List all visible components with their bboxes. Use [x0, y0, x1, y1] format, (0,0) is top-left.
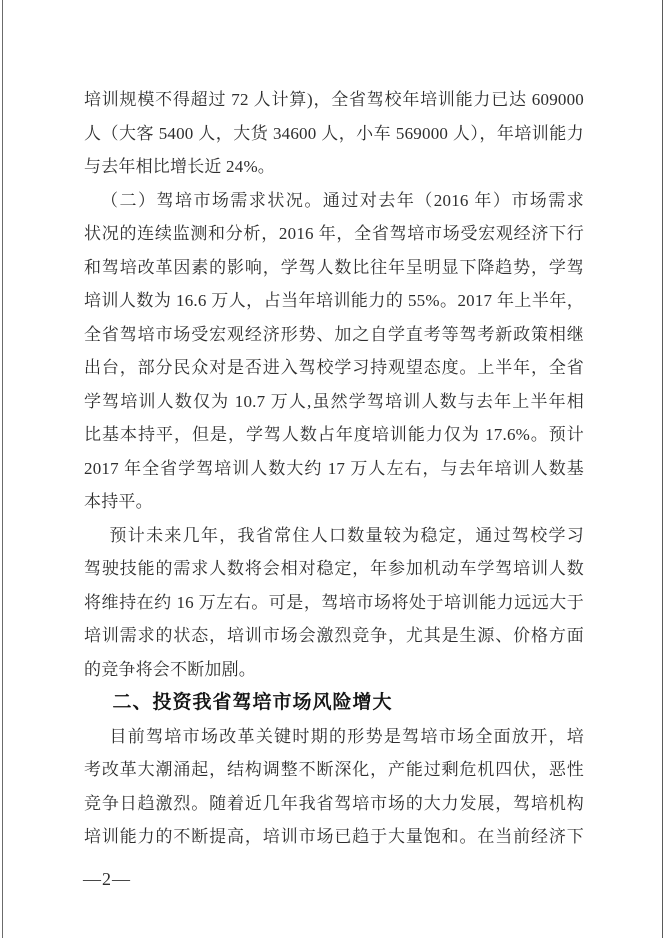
text-line: 预计未来几年，我省常住人口数量较为稳定，通过驾校学习: [84, 519, 584, 553]
document-page: 培训规模不得超过 72 人计算)，全省驾校年培训能力已达 609000 人（大客…: [0, 0, 666, 938]
scan-edge-left-line: [2, 0, 3, 938]
paragraph-investment-risk: 目前驾培市场改革关键时期的形势是驾培市场全面放开，培 考改革大潮涌起，结构调整不…: [84, 720, 584, 854]
text-line: 培训人数为 16.6 万人，占当年培训能力的 55%。2017 年上半年，: [84, 284, 584, 318]
text-line: 和驾培改革因素的影响，学驾人数比往年呈明显下降趋势，学驾: [84, 251, 584, 285]
text-line: 2017 年全省学驾培训人数大约 17 万人左右，与去年培训人数基: [84, 452, 584, 486]
text-line: 培训规模不得超过 72 人计算)，全省驾校年培训能力已达 609000: [84, 83, 584, 117]
text-line: （二）驾培市场需求状况。通过对去年（2016 年）市场需求: [84, 184, 584, 218]
text-line: 人（大客 5400 人，大货 34600 人，小车 569000 人），年培训能…: [84, 117, 584, 151]
text-line: 竞争日趋激烈。随着近几年我省驾培市场的大力发展，驾培机构: [84, 787, 584, 821]
text-line: 全省驾培市场受宏观经济形势、加之自学直考等驾考新政策相继: [84, 318, 584, 352]
text-line: 与去年相比增长近 24%。: [84, 150, 584, 184]
text-line: 将维持在约 16 万左右。可是，驾培市场将处于培训能力远远大于: [84, 586, 584, 620]
text-line: 目前驾培市场改革关键时期的形势是驾培市场全面放开，培: [84, 720, 584, 754]
paragraph-market-demand: （二）驾培市场需求状况。通过对去年（2016 年）市场需求 状况的连续监测和分析…: [84, 184, 584, 519]
text-line: 本持平。: [84, 485, 584, 519]
section-heading: 二、投资我省驾培市场风险增大: [84, 686, 584, 720]
text-line: 培训能力的不断提高，培训市场已趋于大量饱和。在当前经济下: [84, 820, 584, 854]
text-line: 培训需求的状态，培训市场会激烈竞争，尤其是生源、价格方面: [84, 619, 584, 653]
text-line: 的竞争将会不断加剧。: [84, 653, 584, 687]
text-line: 驾驶技能的需求人数将会相对稳定，年参加机动车学驾培训人数: [84, 552, 584, 586]
text-line: 考改革大潮涌起，结构调整不断深化，产能过剩危机四伏，恶性: [84, 753, 584, 787]
document-body: 培训规模不得超过 72 人计算)，全省驾校年培训能力已达 609000 人（大客…: [84, 83, 584, 854]
text-line: 比基本持平，但是，学驾人数占年度培训能力仅为 17.6%。预计: [84, 418, 584, 452]
page-number: —2—: [83, 864, 131, 894]
paragraph-forecast: 预计未来几年，我省常住人口数量较为稳定，通过驾校学习 驾驶技能的需求人数将会相对…: [84, 519, 584, 687]
paragraph-capacity: 培训规模不得超过 72 人计算)，全省驾校年培训能力已达 609000 人（大客…: [84, 83, 584, 184]
text-line: 状况的连续监测和分析，2016 年，全省驾培市场受宏观经济下行: [84, 217, 584, 251]
text-line: 学驾培训人数仅为 10.7 万人,虽然学驾培训人数与去年上半年相: [84, 385, 584, 419]
scan-edge-right-line: [662, 0, 663, 938]
text-line: 出台，部分民众对是否进入驾校学习持观望态度。上半年，全省: [84, 351, 584, 385]
